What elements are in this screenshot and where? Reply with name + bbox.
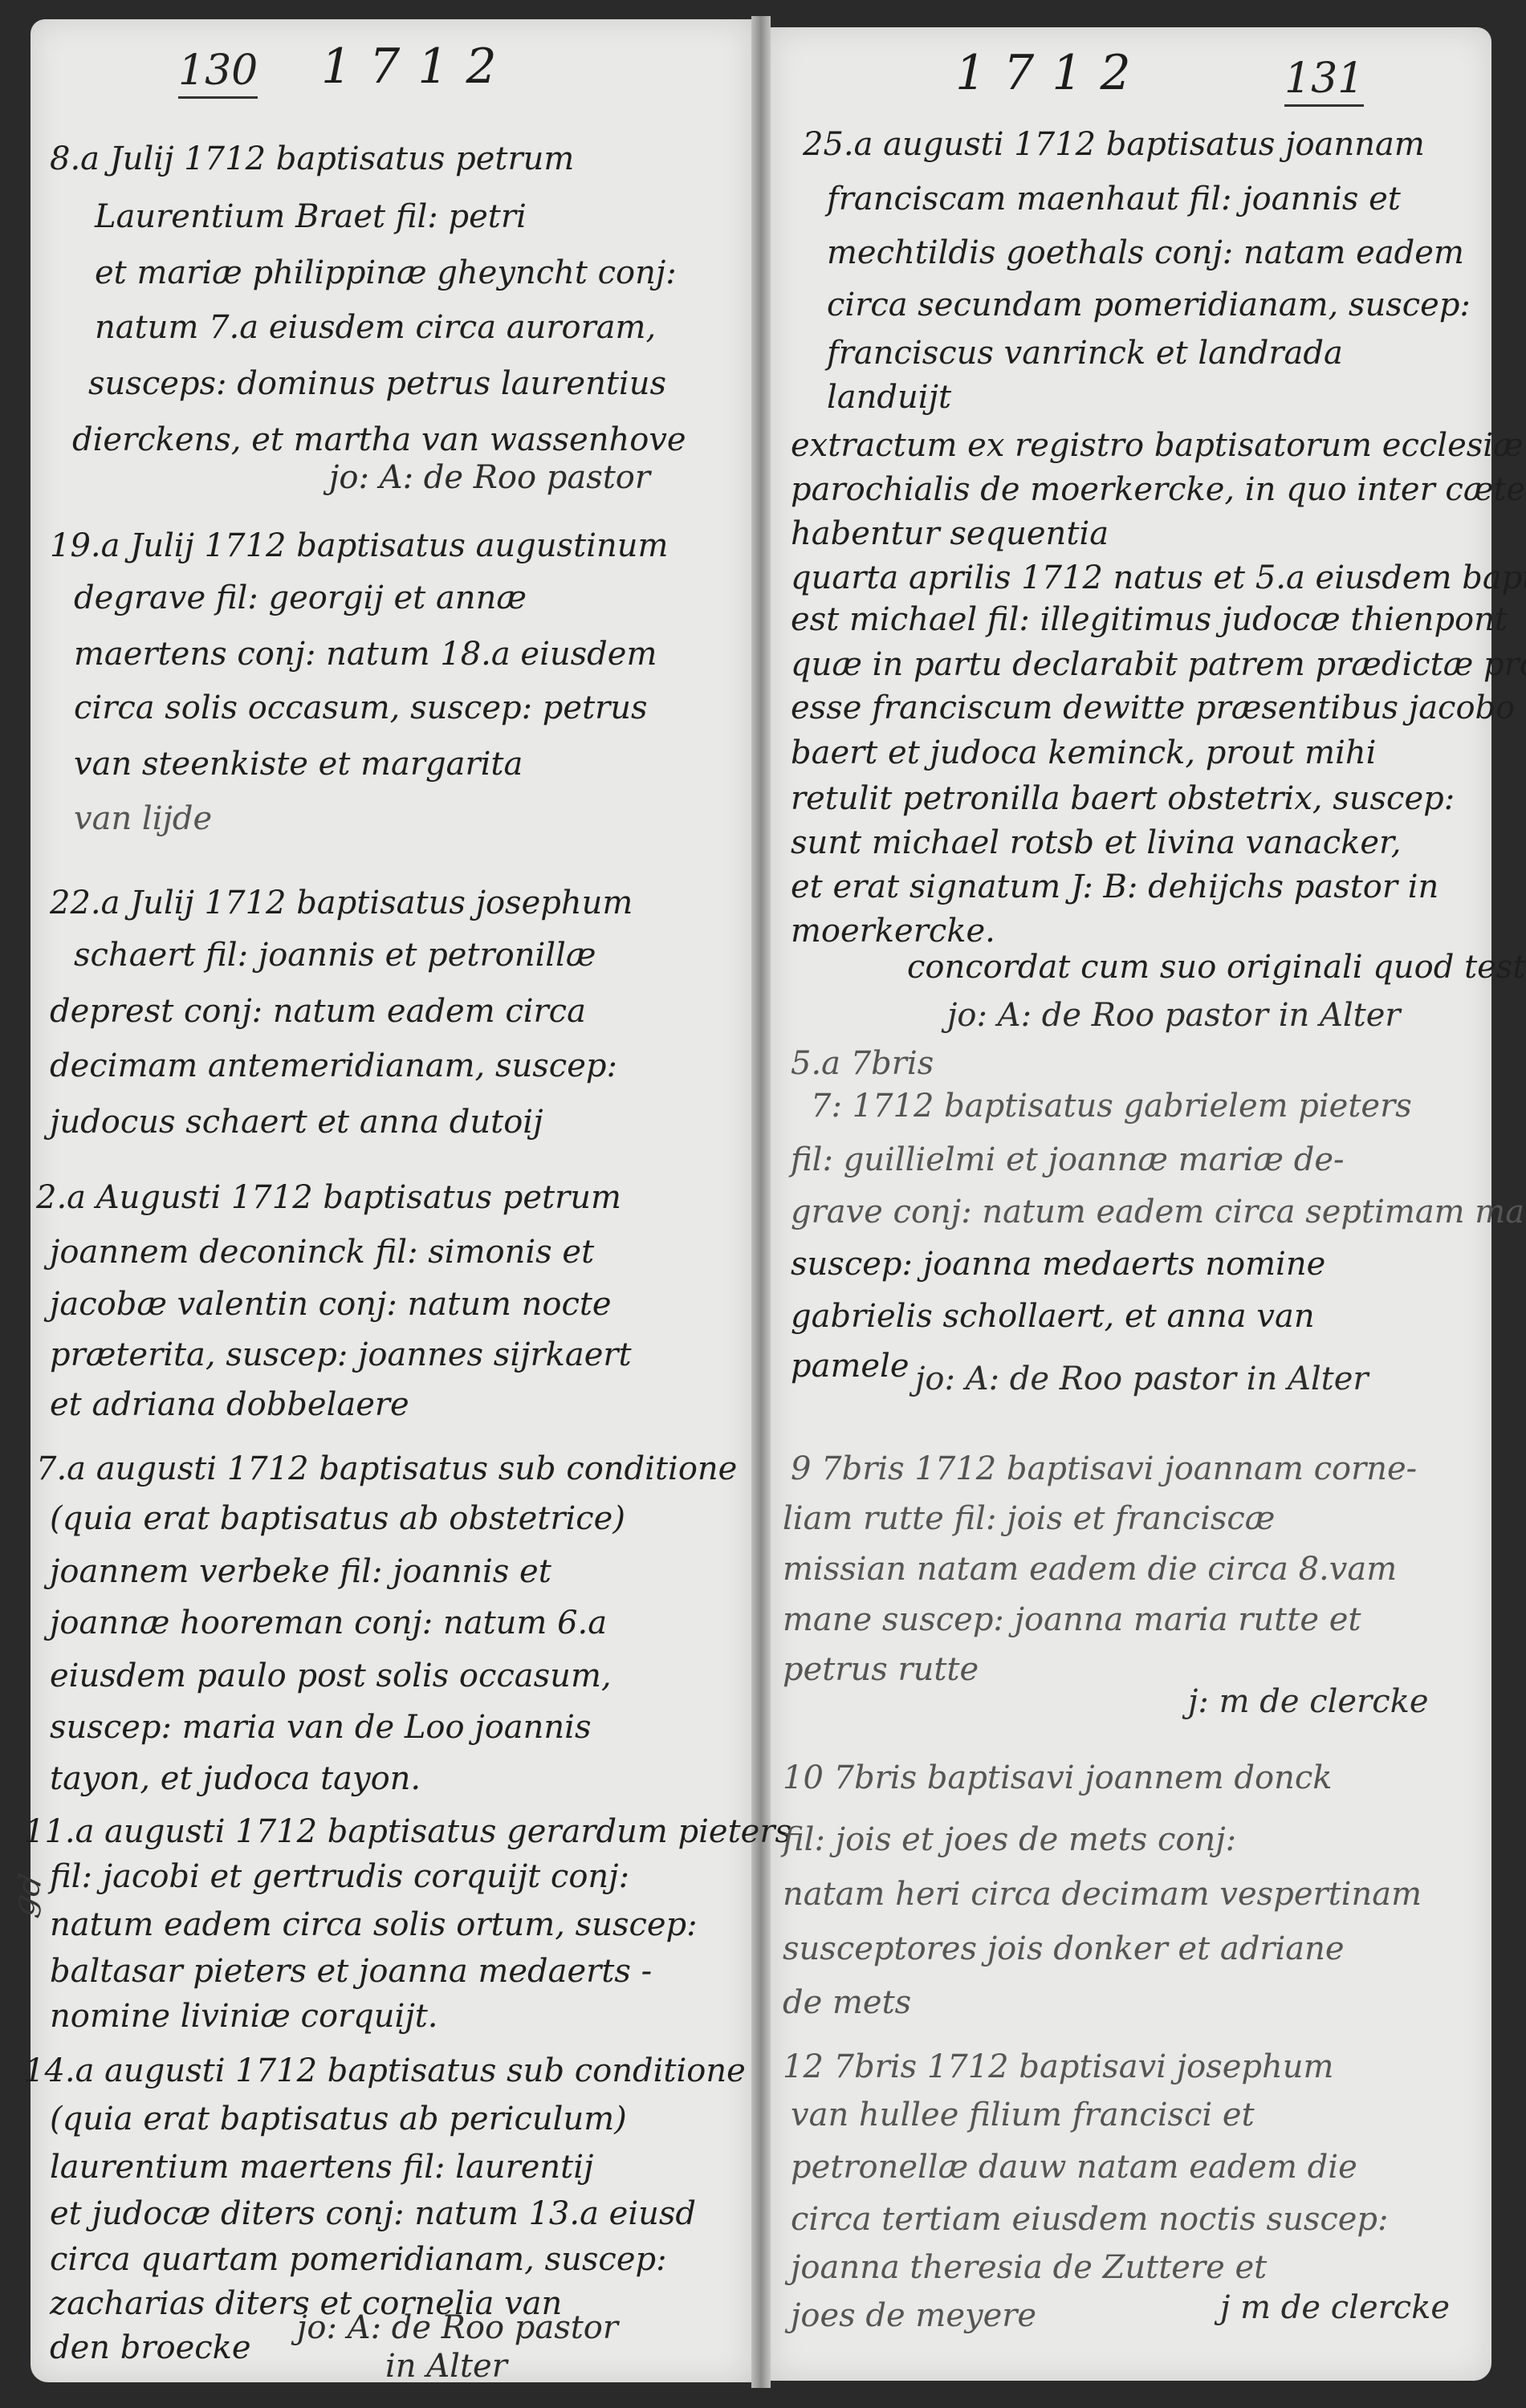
year-heading-right: 1712 [955,45,1149,101]
entry-line: franciscus vanrinck et landrada [827,337,1343,369]
concordat-attestation: concordat cum suo originali quod testor [907,951,1526,983]
entry-line: petrus rutte [783,1653,979,1686]
entry-line: gabrielis schollaert, et anna van [791,1300,1315,1332]
entry-line: 25.a augusti 1712 baptisatus joannam [803,128,1425,161]
entry-line: circa secundam pomeridianam, suscep: [827,289,1471,321]
entry-line: circa quartam pomeridianam, suscep: [50,2243,667,2276]
entry-line: eiusdem paulo post solis occasum, [50,1660,612,1692]
entry-line: 10 7bris baptisavi joannem donck [783,1762,1333,1794]
entry-line: petronellæ dauw natam eadem die [791,2151,1357,2183]
entry-line: fil: jacobi et gertrudis corquijt conj: [50,1861,629,1893]
entry-line: et adriana dobbelaere [50,1389,409,1421]
entry-line: 19.a Julij 1712 baptisatus augustinum [50,530,668,562]
entry-line: joannæ hooreman conj: natum 6.a [50,1607,607,1639]
entry-line: natum eadem circa solis ortum, suscep: [50,1909,698,1941]
entry-line: pamele [791,1350,909,1382]
entry-line: sunt michael rotsb et livina vanacker, [791,827,1401,859]
entry-line: joanna theresia de Zuttere et [791,2251,1267,2284]
entry-line: mechtildis goethals conj: natam eadem [827,237,1464,269]
pastor-signature: jo: A: de Roo pastor in Alter [947,999,1401,1031]
entry-line: landuijt [827,381,951,413]
entry-line: schaert fil: joannis et petronillæ [74,939,596,971]
entry-line: 11.a augusti 1712 baptisatus gerardum pi… [24,1816,791,1848]
entry-line: extractum ex registro baptisatorum eccle… [791,429,1524,462]
entry-line: circa solis occasum, suscep: petrus [74,692,648,724]
entry-line: susceptores jois donker et adriane [783,1933,1345,1965]
entry-line: laurentium maertens fil: laurentij [50,2151,593,2183]
entry-line: 7: 1712 baptisatus gabrielem pieters [811,1090,1412,1122]
priest-signature: j: m de clercke [1188,1686,1429,1718]
entry-line: van steenkiste et margarita [74,748,523,780]
entry-line: liam rutte fil: jois et franciscæ [783,1503,1275,1535]
entry-line: judocus schaert et anna dutoij [50,1106,543,1138]
entry-line: suscep: maria van de Loo joannis [50,1711,591,1743]
entry-line: susceps: dominus petrus laurentius [88,368,666,400]
entry-line: degrave fil: georgij et annæ [74,582,527,614]
entry-line: missian natam eadem die circa 8.vam [783,1553,1397,1585]
pastor-signature: jo: A: de Roo pastor [329,462,650,494]
entry-line: van hullee filium francisci et [791,2099,1255,2131]
entry-line: franciscam maenhaut fil: joannis et [827,183,1401,215]
entry-line: 22.a Julij 1712 baptisatus josephum [50,887,633,919]
entry-line: (quia erat baptisatus ab obstetrice) [50,1503,625,1535]
entry-line: den broecke [50,2332,251,2364]
entry-line: est michael fil: illegitimus judocæ thie… [791,604,1508,636]
priest-signature: j m de clercke [1220,2292,1450,2324]
entry-line: parochialis de moerkercke, in quo inter … [791,474,1526,506]
entry-line: maertens conj: natum 18.a eiusdem [74,638,657,670]
entry-line: dierckens, et martha van wassenhove [72,424,686,456]
entry-line: nomine liviniæ corquijt. [50,2000,438,2032]
book-gutter [751,16,771,2388]
page-number-right: 131 [1284,58,1364,107]
entry-line: tayon, et judoca tayon. [50,1763,421,1795]
entry-line: habentur sequentia [791,518,1109,550]
entry-line: fil: jois et joes de mets conj: [783,1824,1236,1856]
entry-line: et judocæ diters conj: natum 13.a eiusd [50,2198,696,2230]
entry-line: retulit petronilla baert obstetrix, susc… [791,783,1455,815]
entry-line: natum 7.a eiusdem circa auroram, [95,311,656,344]
entry-line: decimam antemeridianam, suscep: [50,1050,617,1082]
entry-line: natam heri circa decimam vespertinam [783,1878,1422,1910]
entry-line: 9 7bris 1712 baptisavi joannam corne- [791,1453,1417,1485]
entry-line: circa tertiam eiusdem noctis suscep: [791,2203,1389,2235]
entry-line: jacobæ valentin conj: natum nocte [50,1288,612,1320]
entry-line: 5.a 7bris [791,1047,934,1080]
pastor-signature: jo: A: de Roo pastor [297,2312,618,2344]
entry-line: suscep: joanna medaerts nomine [791,1248,1325,1280]
entry-line: Laurentium Braet fil: petri [95,201,527,233]
entry-line: van lijde [74,803,212,835]
entry-line: et mariæ philippinæ gheyncht conj: [95,257,677,289]
entry-line: 2.a Augusti 1712 baptisatus petrum [36,1182,621,1214]
entry-line: grave conj: natum eadem circa septimam m… [791,1196,1526,1228]
entry-line: 7.a augusti 1712 baptisatus sub conditio… [36,1453,737,1485]
entry-line: et erat signatum J: B: dehijchs pastor i… [791,871,1439,903]
entry-line: (quia erat baptisatus ab periculum) [50,2103,627,2135]
pastor-location: in Alter [385,2350,507,2382]
entry-line: de mets [783,1987,911,2019]
pastor-signature: jo: A: de Roo pastor in Alter [915,1363,1369,1395]
entry-line: quarta aprilis 1712 natus et 5.a eiusdem… [791,562,1526,594]
page-number-left: 130 [178,50,258,99]
entry-line: mane suscep: joanna maria rutte et [783,1604,1361,1636]
entry-line: joannem deconinck fil: simonis et [50,1236,594,1268]
entry-line: joes de meyere [791,2300,1036,2332]
entry-line: joannem verbeke fil: joannis et [50,1556,551,1588]
entry-line: 12 7bris 1712 baptisavi josephum [783,2051,1333,2083]
entry-line: deprest conj: natum eadem circa [50,995,586,1027]
entry-line: fil: guillielmi et joannæ mariæ de- [791,1144,1345,1176]
entry-line: esse franciscum dewitte præsentibus jaco… [791,692,1515,724]
entry-line: baert et judoca keminck, prout mihi [791,737,1376,769]
entry-line: moerkercke. [791,915,995,947]
entry-line: præterita, suscep: joannes sijrkaert [50,1339,632,1371]
entry-line: 8.a Julij 1712 baptisatus petrum [50,143,574,175]
entry-line: 14.a augusti 1712 baptisatus sub conditi… [24,2055,746,2087]
entry-line: quæ in partu declarabit patrem prædictæ … [791,649,1526,681]
year-heading-left: 1712 [321,39,515,95]
entry-line: baltasar pieters et joanna medaerts - [50,1955,652,1987]
